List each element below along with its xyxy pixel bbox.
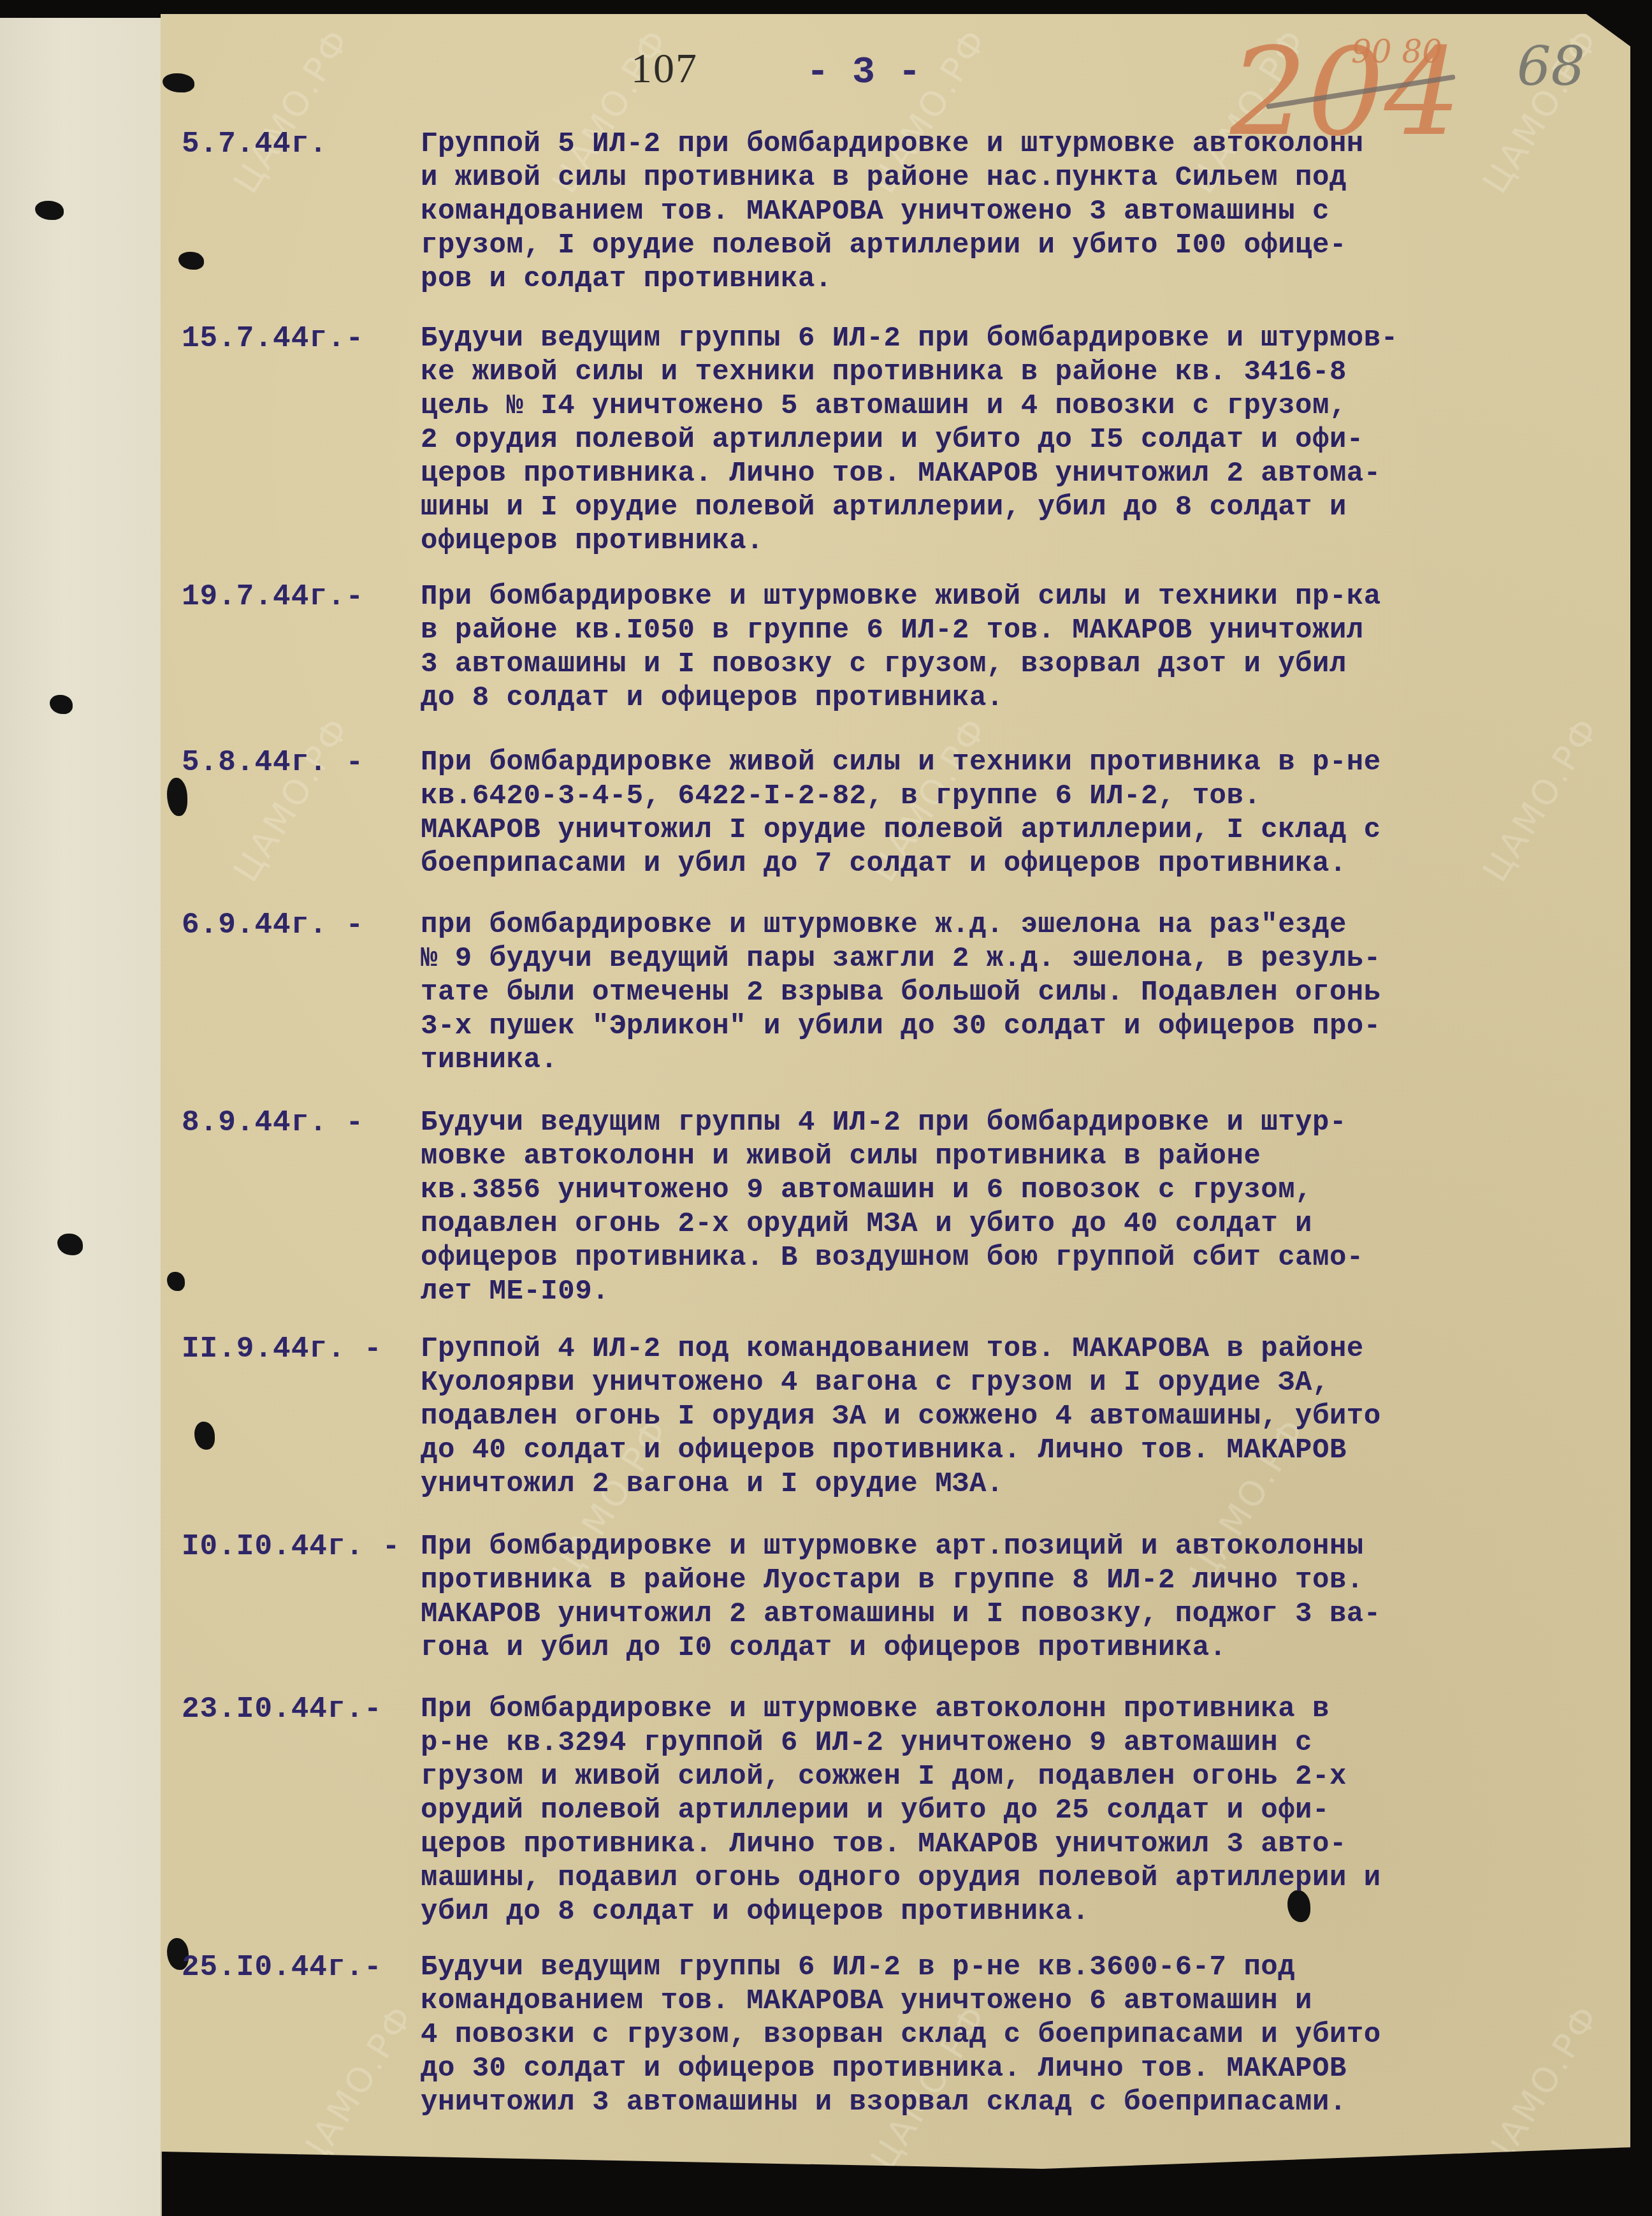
text-line: командованием тов. МАКАРОВА уничтожено 6…: [421, 1985, 1619, 2018]
text-line: МАКАРОВ уничтожил I орудие полевой артил…: [421, 813, 1619, 847]
entry-date: 6.9.44г. -: [182, 908, 417, 942]
text-line: в районе кв.I050 в группе 6 ИЛ-2 тов. МА…: [421, 614, 1619, 648]
text-line: подавлен огонь 2-х орудий МЗА и убито до…: [421, 1207, 1619, 1241]
text-line: Куолоярви уничтожено 4 вагона с грузом и…: [421, 1366, 1619, 1400]
text-line: № 9 будучи ведущий пары зажгли 2 ж.д. эш…: [421, 942, 1619, 976]
text-line: МАКАРОВ уничтожил 2 автомашины и I повоз…: [421, 1598, 1619, 1631]
text-line: противника в районе Луостари в группе 8 …: [421, 1564, 1619, 1598]
text-line: и живой силы противника в районе нас.пун…: [421, 161, 1619, 195]
text-line: Группой 5 ИЛ-2 при бомбардировке и штурм…: [421, 128, 1619, 161]
text-line: грузом, I орудие полевой артиллерии и уб…: [421, 229, 1619, 263]
text-line: уничтожил 2 вагона и I орудие МЗА.: [421, 1468, 1619, 1501]
entry-date: II.9.44г. -: [182, 1332, 417, 1366]
entry-text: Группой 4 ИЛ-2 под командованием тов. МА…: [421, 1332, 1619, 1501]
entry-date: 5.7.44г.: [182, 128, 417, 161]
text-line: Будучи ведущим группы 6 ИЛ-2 в р-не кв.3…: [421, 1951, 1619, 1985]
text-line: офицеров противника.: [421, 525, 1619, 558]
text-line: 3 автомашины и I повозку с грузом, взорв…: [421, 648, 1619, 682]
text-line: подавлен огонь I орудия ЗА и сожжено 4 а…: [421, 1400, 1619, 1434]
text-line: 3-х пушек "Эрликон" и убили до 30 солдат…: [421, 1010, 1619, 1044]
text-line: 2 орудия полевой артиллерии и убито до I…: [421, 423, 1619, 457]
text-line: до 30 солдат и офицеров противника. Личн…: [421, 2052, 1619, 2086]
text-line: командованием тов. МАКАРОВА уничтожено 3…: [421, 195, 1619, 229]
text-line: Будучи ведущим группы 6 ИЛ-2 при бомбард…: [421, 322, 1619, 356]
text-line: тивника.: [421, 1044, 1619, 1077]
text-line: цель № I4 уничтожено 5 автомашин и 4 пов…: [421, 390, 1619, 423]
entry-date: 15.7.44г.-: [182, 322, 417, 355]
text-line: ке живой силы и техники противника в рай…: [421, 356, 1619, 390]
entry-date: 25.I0.44г.-: [182, 1951, 417, 1984]
text-line: гона и убил до I0 солдат и офицеров прот…: [421, 1631, 1619, 1665]
entry-text: при бомбардировке и штурмовке ж.д. эшело…: [421, 908, 1619, 1077]
entry-date: 23.I0.44г.-: [182, 1693, 417, 1726]
text-line: Будучи ведущим группы 4 ИЛ-2 при бомбард…: [421, 1106, 1619, 1140]
entry-date: 8.9.44г. -: [182, 1106, 417, 1139]
entry-text: Будучи ведущим группы 6 ИЛ-2 в р-не кв.3…: [421, 1951, 1619, 2120]
entry-text: Группой 5 ИЛ-2 при бомбардировке и штурм…: [421, 128, 1619, 296]
text-line: церов противника. Лично тов. МАКАРОВ уни…: [421, 1828, 1619, 1862]
text-line: до 40 солдат и офицеров противника. Личн…: [421, 1434, 1619, 1468]
text-line: мовке автоколонн и живой силы противника…: [421, 1140, 1619, 1174]
text-line: р-не кв.3294 группой 6 ИЛ-2 уничтожено 9…: [421, 1726, 1619, 1760]
entry-date: 5.8.44г. -: [182, 746, 417, 779]
text-line: грузом и живой силой, сожжен I дом, пода…: [421, 1760, 1619, 1794]
text-line: тате были отмечены 2 взрыва большой силы…: [421, 976, 1619, 1010]
entries-list: 5.7.44г. Группой 5 ИЛ-2 при бомбардировк…: [0, 0, 1652, 2216]
text-line: при бомбардировке и штурмовке ж.д. эшело…: [421, 908, 1619, 942]
text-line: При бомбардировке живой силы и техники п…: [421, 746, 1619, 780]
text-line: лет МЕ-I09.: [421, 1275, 1619, 1309]
text-line: 4 повозки с грузом, взорван склад с боеп…: [421, 2018, 1619, 2052]
text-line: офицеров противника. В воздушном бою гру…: [421, 1241, 1619, 1275]
entry-text: Будучи ведущим группы 4 ИЛ-2 при бомбард…: [421, 1106, 1619, 1309]
entry-text: При бомбардировке и штурмовке арт.позици…: [421, 1530, 1619, 1665]
entry-date: 19.7.44г.-: [182, 580, 417, 613]
text-line: шины и I орудие полевой артиллерии, убил…: [421, 491, 1619, 525]
text-line: машины, подавил огонь одного орудия поле…: [421, 1862, 1619, 1895]
text-line: убил до 8 солдат и офицеров противника.: [421, 1895, 1619, 1929]
entry-date: I0.I0.44г. -: [182, 1530, 417, 1563]
text-line: кв.3856 уничтожено 9 автомашин и 6 повоз…: [421, 1174, 1619, 1207]
text-line: ров и солдат противника.: [421, 263, 1619, 296]
text-line: боеприпасами и убил до 7 солдат и офицер…: [421, 847, 1619, 881]
text-line: кв.6420-3-4-5, 6422-I-2-82, в группе 6 И…: [421, 780, 1619, 813]
text-line: При бомбардировке и штурмовке автоколонн…: [421, 1693, 1619, 1726]
entry-text: При бомбардировке и штурмовке живой силы…: [421, 580, 1619, 715]
entry-text: При бомбардировке живой силы и техники п…: [421, 746, 1619, 881]
text-line: Группой 4 ИЛ-2 под командованием тов. МА…: [421, 1332, 1619, 1366]
text-line: При бомбардировке и штурмовке арт.позици…: [421, 1530, 1619, 1564]
entry-text: При бомбардировке и штурмовке автоколонн…: [421, 1693, 1619, 1929]
text-line: до 8 солдат и офицеров противника.: [421, 682, 1619, 715]
text-line: церов противника. Лично тов. МАКАРОВ уни…: [421, 457, 1619, 491]
entry-text: Будучи ведущим группы 6 ИЛ-2 при бомбард…: [421, 322, 1619, 558]
text-line: уничтожил 3 автомашины и взорвал склад с…: [421, 2086, 1619, 2120]
text-line: орудий полевой артиллерии и убито до 25 …: [421, 1794, 1619, 1828]
text-line: При бомбардировке и штурмовке живой силы…: [421, 580, 1619, 614]
